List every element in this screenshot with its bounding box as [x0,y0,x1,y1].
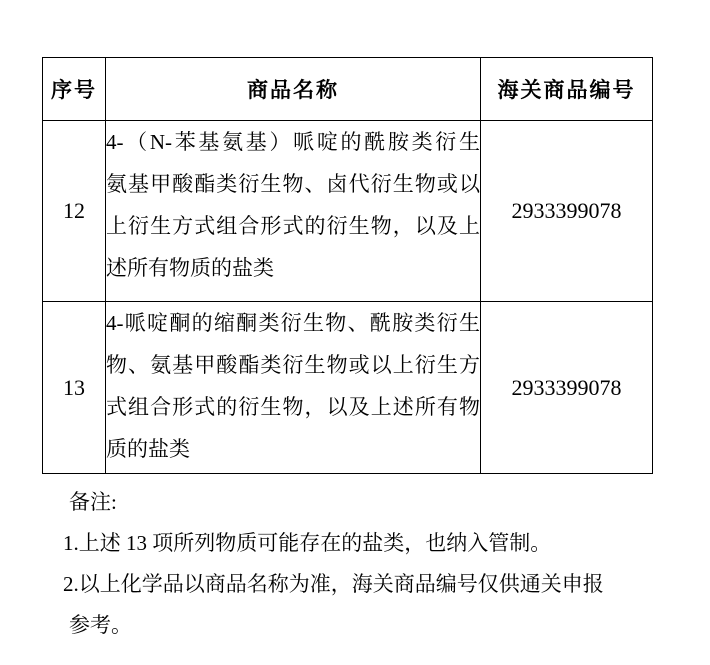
table-header-row: 序号 商品名称 海关商品编号 [43,58,653,121]
notes-title: 备注: [63,482,663,523]
product-name-line: 氨基甲酸酯类衍生物、卤代衍生物或以 [106,163,480,205]
product-name-line: 式组合形式的衍生物，以及上述所有物 [106,386,480,428]
product-name-line: 述所有物质的盐类 [106,247,480,289]
product-name-cell: 4-哌啶酮的缩酮类衍生物、酰胺类衍生 物、氨基甲酸酯类衍生物或以上衍生方 式组合… [106,302,481,474]
table-row-13: 13 4-哌啶酮的缩酮类衍生物、酰胺类衍生 物、氨基甲酸酯类衍生物或以上衍生方 … [43,302,653,474]
column-header-seq: 序号 [43,58,106,121]
customs-code-cell: 2933399078 [481,121,653,302]
column-header-customs-code: 海关商品编号 [481,58,653,121]
note-item-2: 2.以上化学品以商品名称为准，海关商品编号仅供通关申报 [63,564,663,605]
customs-code-cell: 2933399078 [481,302,653,474]
customs-goods-table: 序号 商品名称 海关商品编号 12 4-（N-苯基氨基）哌啶的酰胺类衍生物、 氨… [42,57,653,474]
column-header-product-name: 商品名称 [106,58,481,121]
document-page: 序号 商品名称 海关商品编号 12 4-（N-苯基氨基）哌啶的酰胺类衍生物、 氨… [0,0,710,665]
product-name-line: 4-（N-苯基氨基）哌啶的酰胺类衍生物、 [106,121,480,163]
seq-cell: 13 [43,302,106,474]
product-name-cell: 4-（N-苯基氨基）哌啶的酰胺类衍生物、 氨基甲酸酯类衍生物、卤代衍生物或以 上… [106,121,481,302]
notes-section: 备注: 1.上述 13 项所列物质可能存在的盐类，也纳入管制。 2.以上化学品以… [63,482,663,646]
table-row-12: 12 4-（N-苯基氨基）哌啶的酰胺类衍生物、 氨基甲酸酯类衍生物、卤代衍生物或… [43,121,653,302]
product-name-line: 物、氨基甲酸酯类衍生物或以上衍生方 [106,344,480,386]
product-name-line: 质的盐类 [106,428,480,470]
product-name-line: 4-哌啶酮的缩酮类衍生物、酰胺类衍生 [106,302,480,344]
seq-cell: 12 [43,121,106,302]
note-item-1: 1.上述 13 项所列物质可能存在的盐类，也纳入管制。 [63,523,663,564]
product-name-line: 上衍生方式组合形式的衍生物，以及上 [106,205,480,247]
note-item-2-continued: 参考。 [63,605,663,646]
